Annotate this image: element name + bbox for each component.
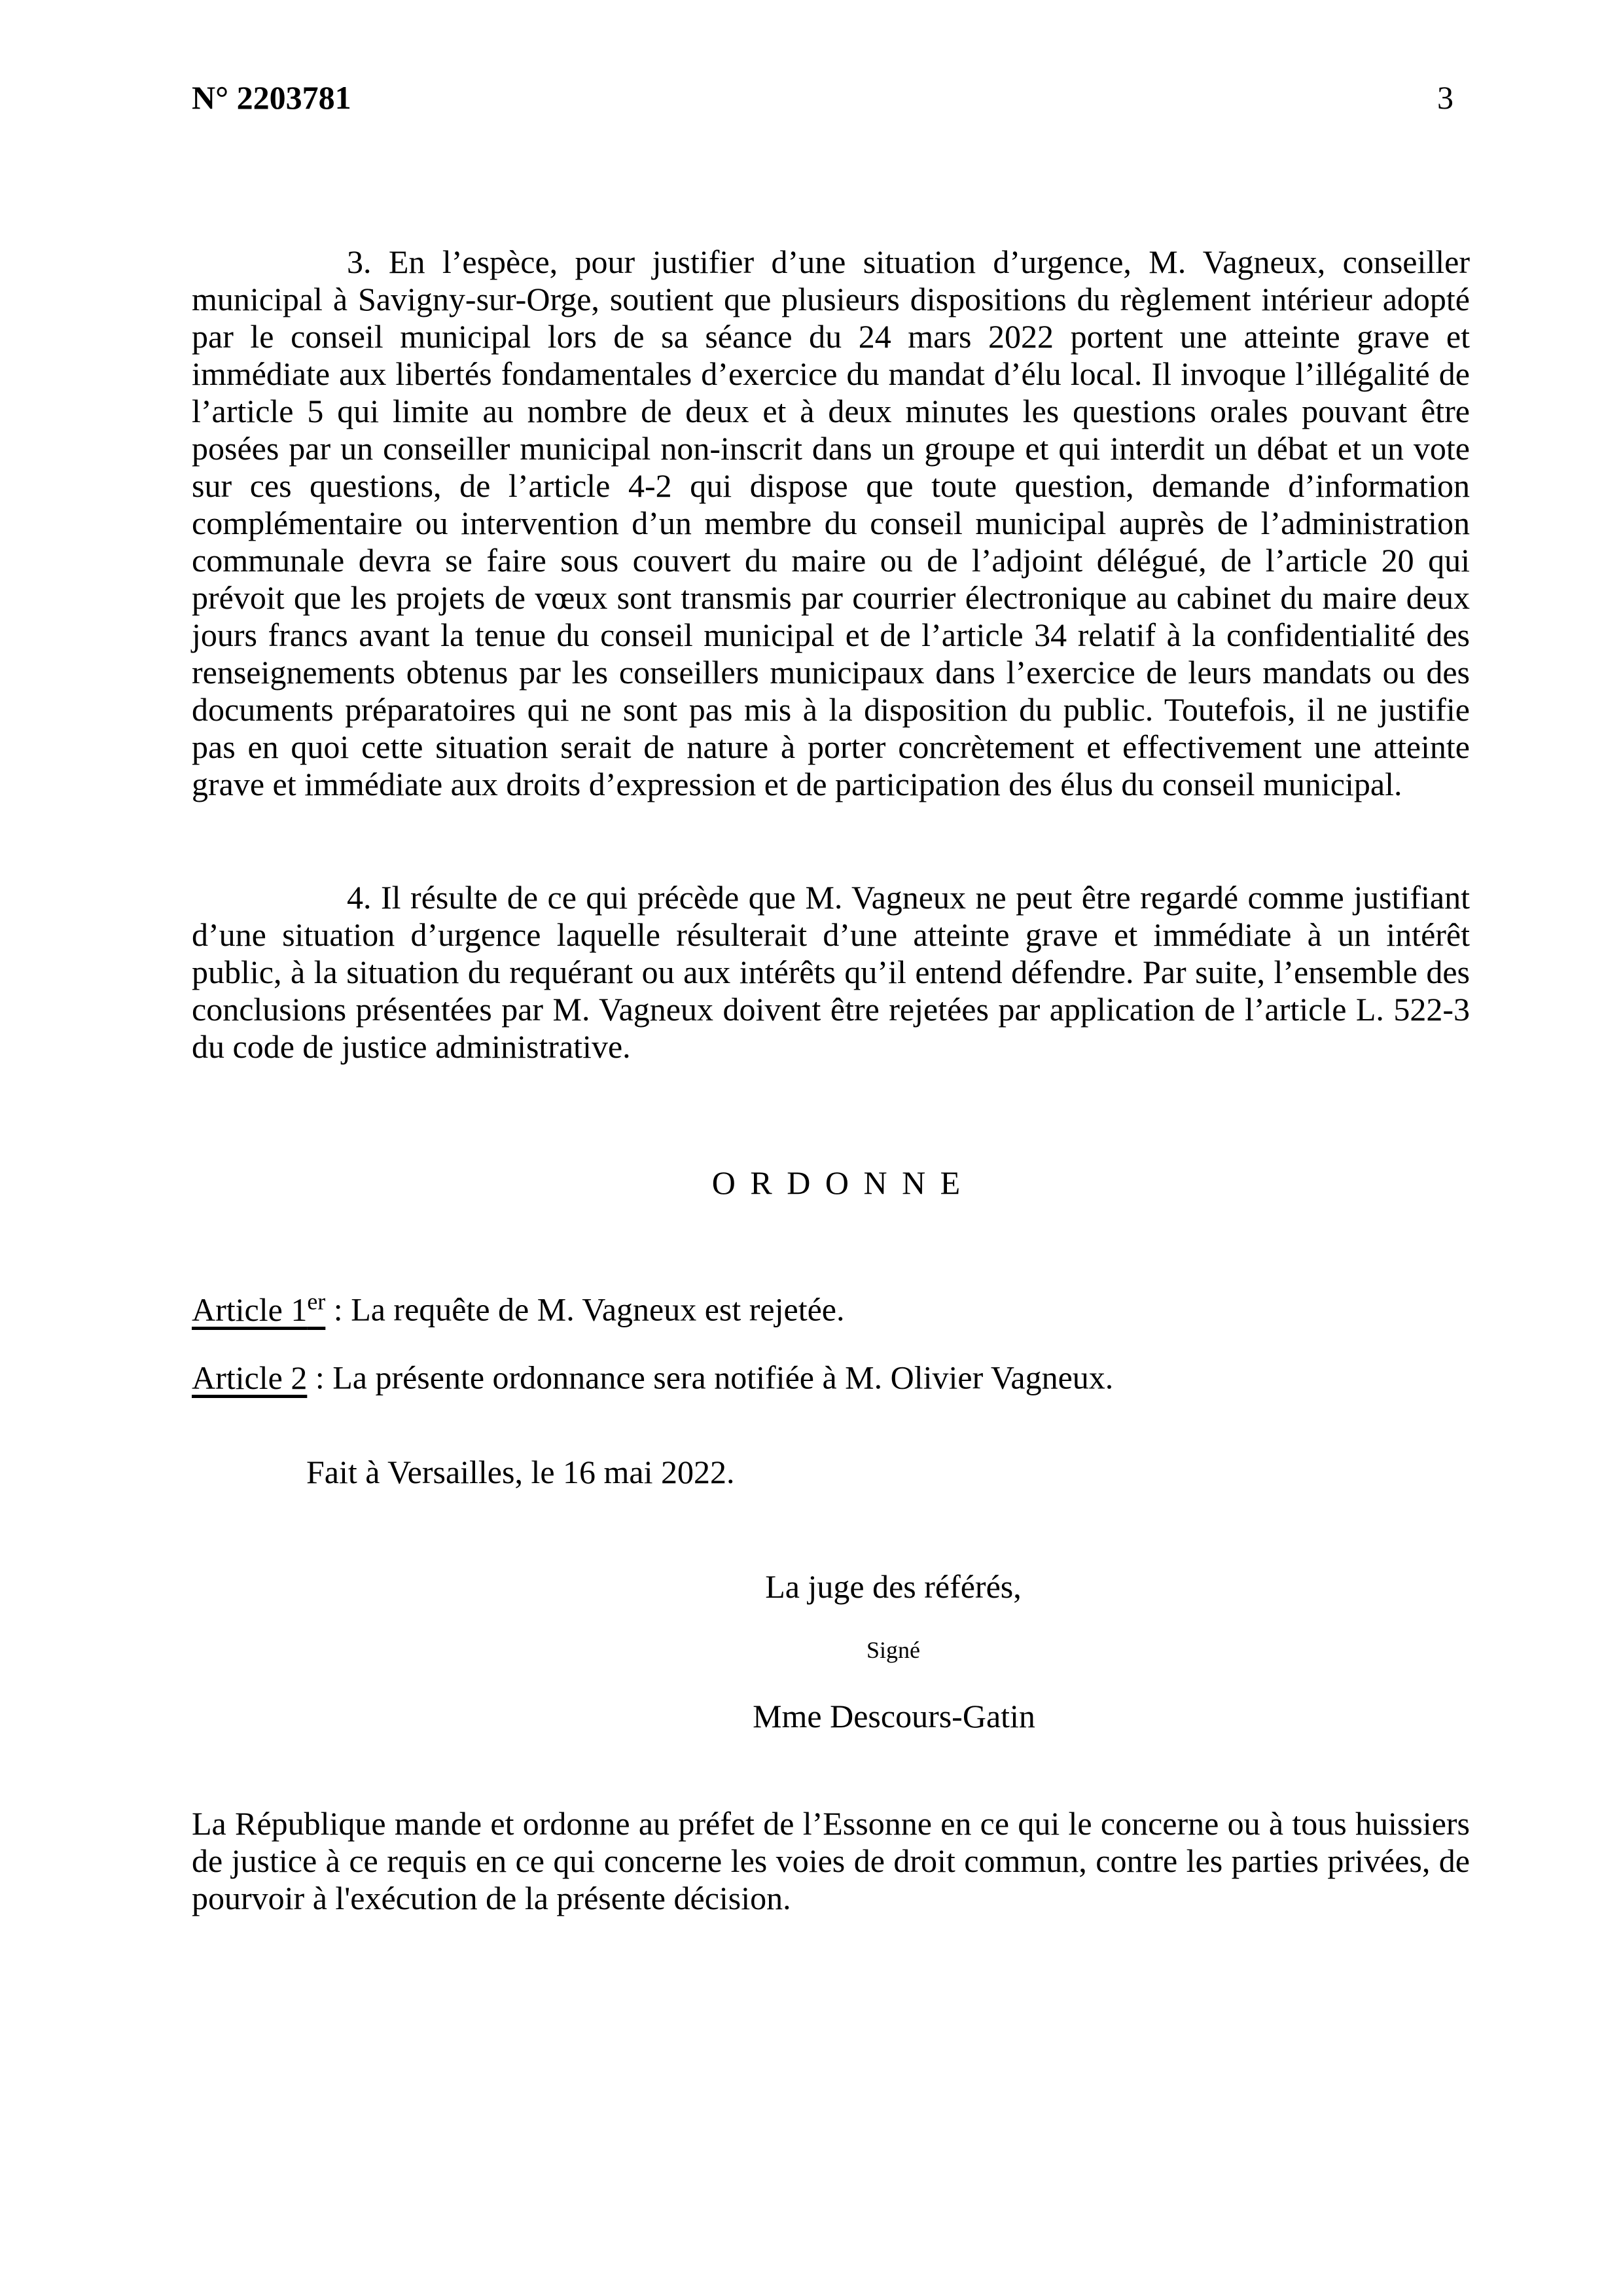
page-number: 3 [1437,79,1454,117]
article-2-label: Article 2 [192,1359,307,1396]
article-1-label-text: Article 1 [192,1291,307,1328]
signature-name: Mme Descours-Gatin [753,1698,1035,1735]
signature-signed-label: Signé [866,1636,920,1664]
signature-role: La juge des référés, [765,1568,1021,1605]
court-order-page: N° 2203781 3 3. En l’espèce, pour justif… [0,0,1623,2296]
article-1-ordinal: er [307,1288,325,1314]
article-1-text: : La requête de M. Vagneux est rejetée. [325,1291,844,1328]
article-2: Article 2 : La présente ordonnance sera … [192,1351,1470,1397]
article-1: Article 1er : La requête de M. Vagneux e… [192,1283,1470,1329]
article-2-text: : La présente ordonnance sera notifiée à… [307,1359,1113,1396]
page-header: N° 2203781 3 [192,79,1470,117]
ordonne-heading: O R D O N N E [712,1164,963,1202]
paragraph-4: 4. Il résulte de ce qui précède que M. V… [192,879,1470,1066]
article-1-label: Article 1er [192,1291,325,1328]
case-number: N° 2203781 [192,79,351,117]
closing-formula: La République mande et ordonne au préfet… [192,1805,1470,1917]
paragraph-3: 3. En l’espèce, pour justifier d’une sit… [192,243,1470,803]
article-2-label-text: Article 2 [192,1359,307,1396]
dateline: Fait à Versailles, le 16 mai 2022. [306,1454,735,1491]
